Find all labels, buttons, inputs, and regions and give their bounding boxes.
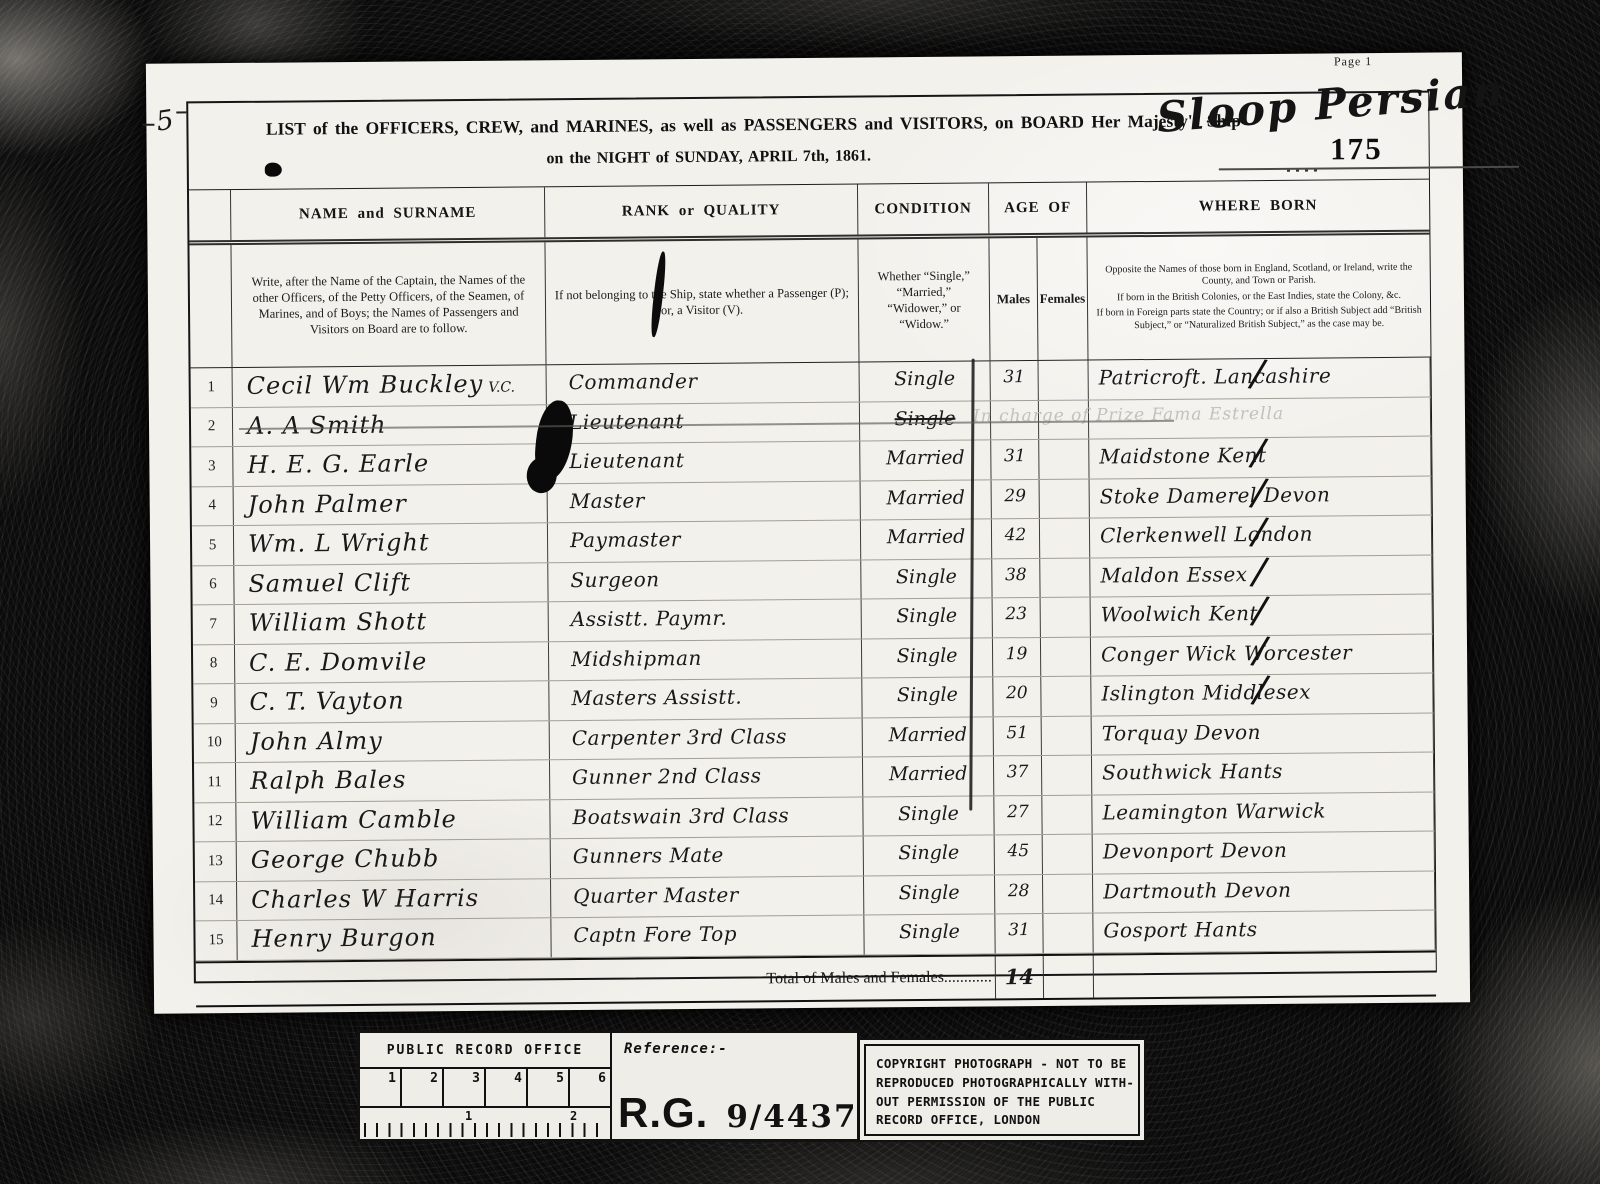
where-born-value: Clerkenwell London	[1100, 522, 1313, 548]
row-number-column-head	[189, 190, 231, 240]
name-value: John Almy	[250, 726, 383, 755]
piece-number: 9/4437	[726, 1099, 857, 1135]
condition-value: Single	[898, 842, 959, 865]
name-value: Cecil Wm Buckley	[247, 370, 484, 400]
condition-value: Single	[897, 684, 958, 707]
condition-cell: Single	[864, 875, 995, 915]
condition-cell: Single	[864, 835, 995, 875]
pro-inch-ruler: 1 2	[360, 1108, 610, 1139]
age-females-cell	[1042, 756, 1092, 795]
age-females-cell	[1040, 558, 1090, 597]
folio-dots	[1287, 170, 1321, 172]
row-number-note-cell	[189, 245, 232, 367]
crew-list-table: LIST of the OFFICERS, CREW, and MARINES,…	[186, 91, 1437, 984]
row-number: 8	[193, 645, 235, 684]
where-born-cell: Southwick Hants	[1092, 753, 1434, 794]
scale-number: 5	[528, 1069, 570, 1106]
age-females-cell	[1039, 361, 1089, 400]
rank-cell: Commander	[547, 363, 860, 404]
where-born-value: Southwick Hants	[1102, 759, 1283, 785]
column-label-age: AGE OF	[989, 183, 1087, 234]
name-value: H. E. G. Earle	[247, 449, 429, 479]
rank-cell: Carpenter 3rd Class	[550, 718, 863, 759]
where-born-note-line: If born in Foreign parts state the Count…	[1096, 305, 1422, 333]
rank-cell: Master	[548, 481, 861, 522]
where-born-value: Devonport Devon	[1103, 838, 1288, 864]
condition-value: Single	[897, 644, 958, 667]
condition-value: Single	[899, 881, 960, 904]
total-born-cell	[1094, 952, 1436, 997]
age-females-cell	[1042, 716, 1092, 755]
name-cell: C. E. Domvile	[235, 642, 549, 683]
age-males-value: 31	[1003, 367, 1025, 387]
age-males-cell: 31	[995, 914, 1043, 953]
condition-value: Single	[894, 407, 955, 430]
page-label: Page 1	[1334, 54, 1372, 69]
margin-dash	[176, 111, 186, 113]
age-females-cell	[1039, 440, 1089, 479]
copyright-text: COPYRIGHT PHOTOGRAPH - NOT TO BEREPRODUC…	[864, 1044, 1140, 1136]
age-males-value: 38	[1005, 565, 1027, 585]
copyright-text-line: COPYRIGHT PHOTOGRAPH - NOT TO BE	[876, 1055, 1128, 1074]
where-born-cell: Devonport Devon	[1093, 832, 1435, 873]
name-cell: Ralph Bales	[236, 760, 550, 801]
rank-value: Master	[570, 488, 645, 513]
rank-cell: Boatswain 3rd Class	[550, 797, 863, 838]
age-males-value: 27	[1007, 802, 1029, 822]
name-value: Wm. L Wright	[248, 528, 430, 558]
ruler-ticks	[364, 1123, 606, 1137]
age-males-cell: 20	[993, 677, 1041, 716]
where-born-value: Maldon Essex	[1100, 562, 1247, 587]
age-males-value: 42	[1005, 525, 1027, 545]
condition-value: Married	[886, 447, 965, 470]
record-series: R.G.	[618, 1089, 708, 1136]
condition-cell: Single	[862, 677, 993, 717]
row-number: 9	[193, 684, 235, 723]
rank-value: Lieutenant	[569, 448, 684, 473]
age-females-cell	[1041, 677, 1091, 716]
row-number: 6	[192, 566, 234, 605]
condition-value: Single	[894, 368, 955, 391]
rank-cell: Midshipman	[549, 639, 862, 680]
rank-cell: Surgeon	[548, 560, 861, 601]
name-value: William Shott	[249, 607, 428, 637]
name-column-note: Write, after the Name of the Captain, th…	[240, 271, 538, 338]
total-label: Total of Males and Females............	[196, 956, 996, 1005]
name-value: C. T. Vayton	[249, 687, 404, 716]
rank-column-note: If not belonging to the Ship, state whet…	[554, 285, 850, 320]
scale-number: 3	[444, 1069, 486, 1106]
age-males-subhead: Males	[989, 238, 1038, 360]
copyright-text-line: OUT PERMISSION OF THE PUBLIC	[876, 1093, 1128, 1112]
reference-label: Reference:-	[624, 1041, 728, 1057]
age-males-cell: 51	[994, 716, 1042, 755]
name-cell: John Palmer	[234, 484, 548, 525]
row-number: 4	[192, 487, 234, 526]
name-cell: John Almy	[236, 721, 550, 762]
row-number: 2	[191, 408, 233, 447]
where-born-value: Woolwich Kent	[1101, 601, 1259, 626]
age-males-value: 28	[1008, 881, 1030, 901]
row-number: 1	[191, 368, 233, 407]
age-males-value: 20	[1006, 683, 1028, 703]
record-reference: R.G.9/4437	[618, 1089, 858, 1137]
margin-dash	[142, 124, 154, 126]
column-notes-row: Write, after the Name of the Captain, th…	[189, 235, 1430, 369]
where-born-cell: Dartmouth Devon	[1093, 871, 1435, 912]
row-number: 3	[191, 447, 233, 486]
rank-cell: Gunners Mate	[551, 837, 864, 878]
rank-cell: Lieutenant	[547, 442, 860, 483]
total-females-cell	[1044, 955, 1094, 997]
rank-value: Commander	[569, 369, 698, 394]
name-value: George Chubb	[251, 844, 440, 874]
copyright-stamp: COPYRIGHT PHOTOGRAPH - NOT TO BEREPRODUC…	[858, 1038, 1146, 1142]
total-value-cell: 14	[996, 955, 1044, 997]
column-label-rank: RANK or QUALITY	[545, 185, 858, 238]
pro-cm-scale: 123456	[360, 1069, 610, 1108]
rank-cell: Masters Assistt.	[549, 679, 862, 720]
where-born-value: Dartmouth Devon	[1103, 877, 1292, 903]
name-cell: Wm. L Wright	[234, 523, 548, 564]
condition-value: Single	[899, 921, 960, 944]
name-value: Charles W Harris	[251, 883, 479, 913]
form-title-band: LIST of the OFFICERS, CREW, and MARINES,…	[188, 93, 1429, 191]
condition-value: Married	[886, 486, 965, 509]
row-number: 13	[195, 842, 237, 881]
condition-value: Single	[896, 605, 957, 628]
row-number: 15	[195, 921, 237, 960]
age-males-cell: 38	[992, 558, 1040, 597]
age-males-cell: 27	[994, 795, 1042, 834]
where-born-cell: Torquay Devon	[1092, 713, 1434, 754]
where-born-notes: Opposite the Names of those born in Engl…	[1087, 235, 1430, 360]
rank-value: Assistt. Paymr.	[571, 606, 728, 631]
age-females-cell	[1041, 637, 1091, 676]
condition-value: Married	[888, 723, 967, 746]
margin-number: 5	[154, 104, 176, 137]
age-males-cell: 28	[995, 874, 1043, 913]
condition-cell: Single	[862, 638, 993, 678]
where-born-value: Leamington Warwick	[1102, 798, 1326, 824]
pro-reference-section: Reference:- R.G.9/4437	[612, 1033, 857, 1139]
age-males-value: 37	[1007, 762, 1029, 782]
age-females-cell	[1043, 874, 1093, 913]
ink-dot	[265, 163, 282, 177]
name-cell: Henry Burgon	[237, 918, 551, 959]
age-males-value: 31	[1004, 446, 1026, 466]
row-number: 12	[194, 802, 236, 841]
condition-cell: Married	[863, 756, 994, 796]
inch-number: 2	[570, 1109, 577, 1123]
where-born-note-line: If born in the British Colonies, or the …	[1117, 290, 1401, 305]
age-males-value: 31	[1008, 920, 1030, 940]
age-males-cell: 37	[994, 756, 1042, 795]
row-number: 7	[193, 605, 235, 644]
where-born-value: Stoke Damerel Devon	[1100, 482, 1331, 508]
pro-stamp: PUBLIC RECORD OFFICE 123456 1 2 Referenc…	[357, 1030, 860, 1142]
form-title-line2: on the NIGHT of SUNDAY, APRIL 7th, 1861.	[189, 144, 1229, 171]
age-males-cell: 23	[993, 598, 1041, 637]
condition-cell: Single	[864, 914, 995, 954]
where-born-cell: Leamington Warwick	[1092, 792, 1434, 833]
where-born-note-line: Opposite the Names of those born in Engl…	[1096, 262, 1422, 290]
age-females-cell	[1040, 479, 1090, 518]
copyright-text-line: REPRODUCED PHOTOGRAPHICALLY WITH-	[876, 1074, 1128, 1093]
name-cell: H. E. G. Earle	[233, 444, 547, 485]
scale-number: 4	[486, 1069, 528, 1106]
condition-value: Single	[896, 565, 957, 588]
scale-number: 1	[360, 1069, 402, 1106]
age-males-cell: 31	[991, 440, 1039, 479]
age-males-value: 19	[1006, 644, 1028, 664]
rank-cell: Gunner 2nd Class	[550, 758, 863, 799]
copyright-text-line: RECORD OFFICE, LONDON	[876, 1111, 1128, 1130]
column-label-condition: CONDITION	[858, 183, 989, 234]
pro-ruler-section: PUBLIC RECORD OFFICE 123456 1 2	[360, 1033, 612, 1139]
age-males-cell: 45	[995, 835, 1043, 874]
where-born-value: Torquay Devon	[1102, 720, 1261, 745]
name-value: A. A Smith	[247, 410, 387, 439]
rank-value: Boatswain 3rd Class	[572, 803, 789, 829]
rank-cell: Quarter Master	[551, 876, 864, 917]
condition-cell: Single	[863, 796, 994, 836]
rank-cell: Paymaster	[548, 521, 861, 562]
name-value: C. E. Domvile	[249, 647, 427, 677]
age-males-value: 51	[1006, 723, 1028, 743]
where-born-value: Gosport Hants	[1103, 917, 1257, 942]
where-born-value: Islington Middlesex	[1101, 680, 1311, 706]
rank-value: Masters Assistt.	[571, 685, 742, 710]
scale-number: 2	[402, 1069, 444, 1106]
column-label-name: NAME and SURNAME	[231, 187, 545, 240]
paper-sheet: Page 1 5 LIST of the OFFICERS, CREW, and…	[146, 52, 1470, 1013]
age-males-cell: 31	[991, 361, 1039, 400]
age-females-cell	[1042, 795, 1092, 834]
rank-cell: Assistt. Paymr.	[549, 600, 862, 641]
folio-number: 175	[1330, 131, 1383, 167]
condition-cell: Married	[863, 717, 994, 757]
rank-value: Lieutenant	[569, 409, 684, 434]
where-born-value: Maidstone Kent	[1099, 443, 1266, 468]
rank-value: Paymaster	[570, 527, 681, 552]
row-number: 10	[194, 724, 236, 763]
condition-value: Single	[898, 802, 959, 825]
where-born-cell: Gosport Hants	[1093, 911, 1435, 952]
inch-number: 1	[465, 1109, 472, 1123]
total-value: 14	[1005, 964, 1034, 989]
where-born-value: Conger Wick Worcester	[1101, 640, 1352, 666]
scale-number: 6	[570, 1069, 610, 1106]
condition-column-note: Whether “Single,” “Married,” “Widower,” …	[867, 267, 982, 332]
rank-value: Carpenter 3rd Class	[572, 724, 787, 750]
age-females-cell	[1041, 598, 1091, 637]
rank-value: Midshipman	[571, 645, 702, 670]
name-cell: William Camble	[236, 800, 550, 841]
name-value: Samuel Clift	[248, 568, 411, 597]
pro-title: PUBLIC RECORD OFFICE	[360, 1033, 610, 1069]
age-males-value: 23	[1005, 604, 1027, 624]
row-number: 11	[194, 763, 236, 802]
name-value: John Palmer	[248, 489, 407, 518]
name-value: William Camble	[250, 805, 457, 835]
age-males-value: 45	[1007, 841, 1029, 861]
age-females-subhead: Females	[1037, 238, 1088, 360]
condition-value: Married	[887, 526, 966, 549]
name-cell: Charles W Harris	[237, 879, 551, 920]
scanned-census-photograph: { "header": { "page_label": "Page 1", "m…	[0, 0, 1600, 1184]
age-males-cell: 42	[992, 519, 1040, 558]
rank-cell: Captn Fore Top	[551, 916, 864, 957]
title-text: LIST of the OFFICERS, CREW, and MARINES,…	[266, 111, 1200, 139]
name-cell: George Chubb	[237, 839, 551, 880]
table-body: 1 Cecil Wm BuckleyV.C. Commander Single …	[191, 358, 1436, 961]
rank-value: Gunner 2nd Class	[572, 763, 761, 789]
row-number: 14	[195, 881, 237, 920]
name-cell: Samuel Clift	[234, 563, 548, 604]
age-females-cell	[1043, 835, 1093, 874]
age-males-cell: 19	[993, 637, 1041, 676]
age-females-cell	[1040, 519, 1090, 558]
age-females-cell	[1043, 914, 1093, 953]
where-born-value: Patricroft. Lancashire	[1099, 363, 1332, 389]
form-title-line1: LIST of the OFFICERS, CREW, and MARINES,…	[188, 110, 1318, 141]
name-annotation: V.C.	[488, 380, 515, 396]
rank-value: Captn Fore Top	[573, 922, 737, 947]
column-label-where-born: WHERE BORN	[1087, 180, 1429, 233]
condition-value: Married	[889, 763, 968, 786]
age-males-cell: 29	[992, 479, 1040, 518]
age-males-value: 29	[1004, 486, 1026, 506]
name-value: Ralph Bales	[250, 766, 406, 795]
rank-value: Quarter Master	[573, 882, 739, 907]
name-cell: Cecil Wm BuckleyV.C.	[233, 365, 547, 406]
row-number: 5	[192, 526, 234, 565]
rank-value: Gunners Mate	[573, 843, 724, 868]
name-cell: C. T. Vayton	[235, 681, 549, 722]
name-value: Henry Burgon	[251, 923, 436, 953]
name-cell: William Shott	[235, 602, 549, 643]
rank-value: Surgeon	[570, 567, 659, 592]
